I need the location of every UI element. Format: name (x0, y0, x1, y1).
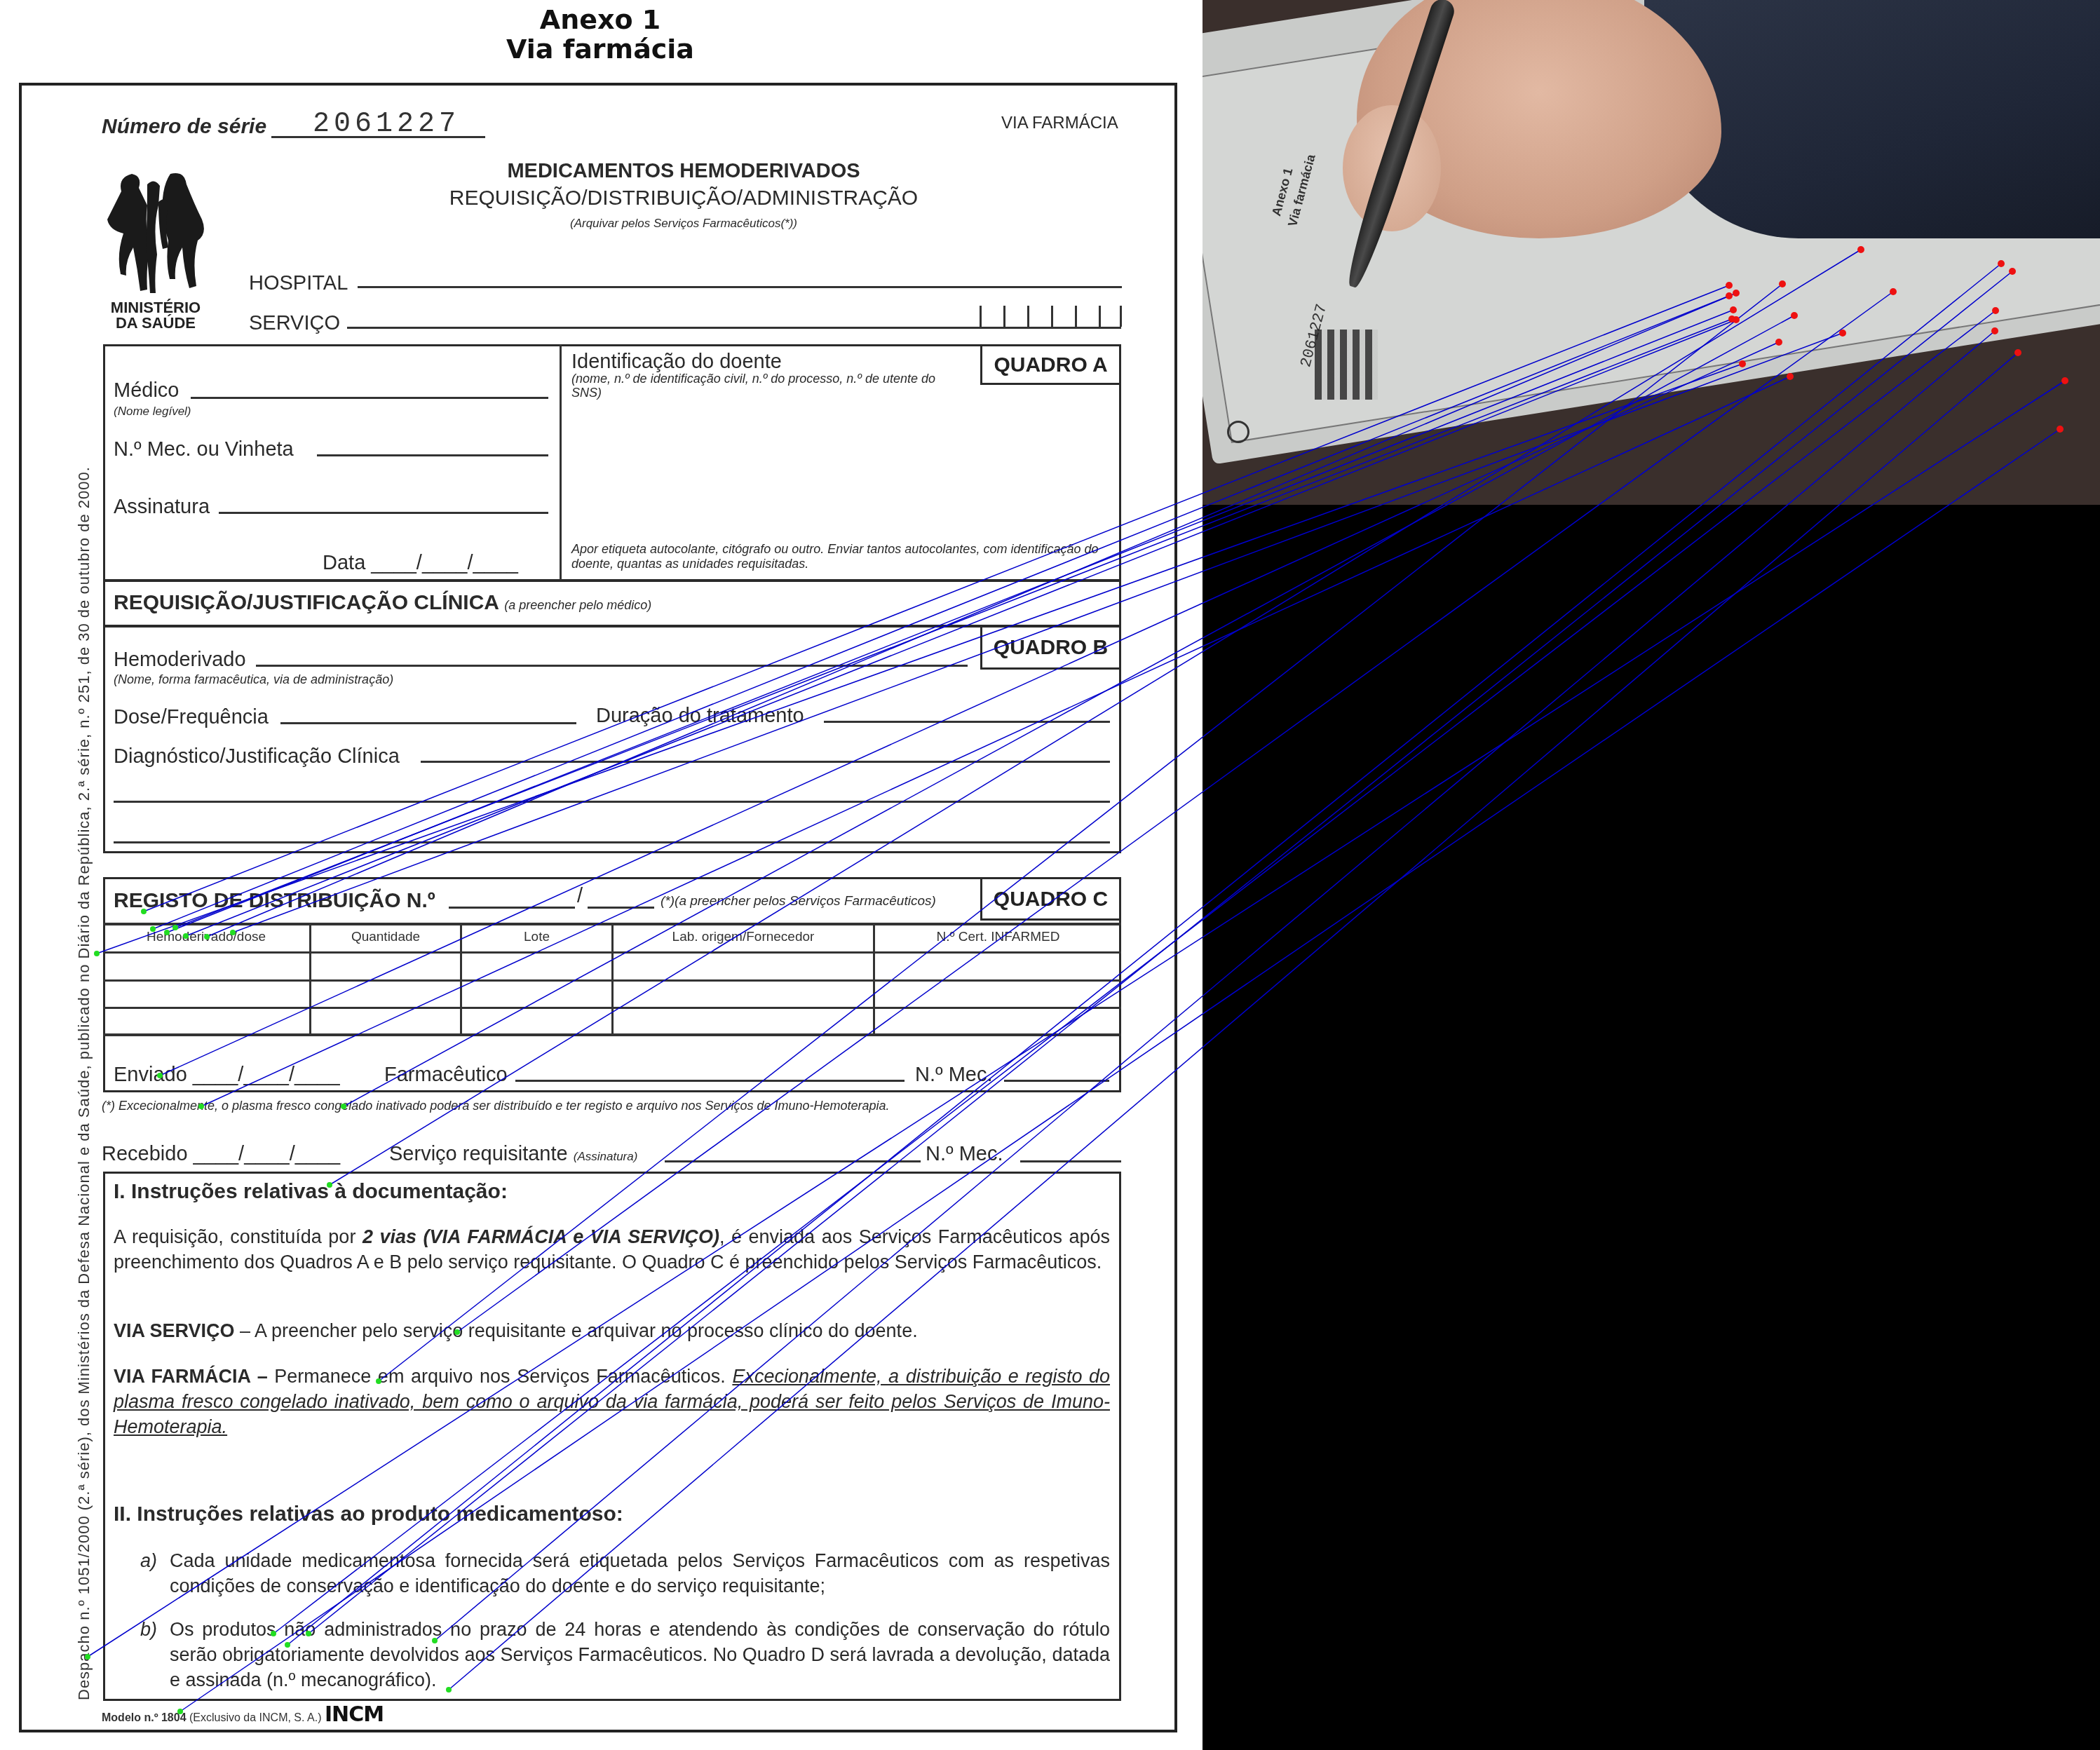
col-hemoderivado: Hemoderivado/dose (103, 924, 311, 952)
p1-text-a: A requisição, constituída por (114, 1226, 363, 1247)
enviado-nmec-field[interactable] (1004, 1080, 1109, 1082)
incm-logo-icon: INCM (325, 1702, 384, 1727)
sticker-note: Apor etiqueta autocolante, citógrafo ou … (571, 542, 1111, 571)
table-cell[interactable] (461, 952, 613, 980)
table-cell[interactable] (103, 952, 311, 980)
modelo-footer: Modelo n.º 1804 (Exclusivo da INCM, S. A… (102, 1702, 384, 1727)
recebido-nmec-label: N.º Mec. (926, 1143, 1003, 1166)
table-cell[interactable] (874, 980, 1122, 1008)
servico-label: SERVIÇO (249, 312, 340, 335)
table-cell[interactable] (311, 980, 461, 1008)
modelo-number: Modelo n.º 1804 (102, 1712, 187, 1724)
table-cell[interactable] (874, 1008, 1122, 1035)
medico-label: Médico (114, 379, 179, 402)
ministry-name: MINISTÉRIO DA SAÚDE (102, 300, 209, 331)
registo-year-field[interactable] (588, 907, 654, 909)
dose-field[interactable] (280, 722, 576, 724)
table-cell[interactable] (103, 980, 311, 1008)
via-farmacia-label: VIA FARMÁCIA (1001, 114, 1118, 133)
mec-field[interactable] (317, 454, 548, 456)
hemoderivado-field[interactable] (256, 665, 968, 667)
doente-hint: (nome, n.º de identificação civil, n.º d… (571, 372, 936, 400)
col-cert-infarmed: N.º Cert. INFARMED (874, 924, 1122, 952)
table-row (103, 952, 1121, 980)
duracao-label: Duração do tratamento (596, 705, 804, 728)
p3-text: Permanece em arquivo nos Serviços Farmac… (268, 1366, 733, 1387)
table-cell[interactable] (613, 980, 874, 1008)
requisicao-title-text: REQUISIÇÃO/JUSTIFICAÇÃO CLÍNICA (114, 591, 499, 614)
registo-number-field[interactable] (449, 907, 575, 909)
farmaceutico-field[interactable] (515, 1080, 905, 1082)
diagnostico-field-2[interactable] (114, 801, 1110, 803)
item-b-label: b) (140, 1617, 168, 1642)
recebido-field[interactable]: Recebido ____/____/____ (102, 1143, 340, 1166)
doente-title: Identificação do doente (571, 351, 782, 374)
p2-text: – A preencher pelo serviço requisitante … (235, 1320, 918, 1341)
enviado-nmec-label: N.º Mec. (915, 1064, 993, 1087)
table-cell[interactable] (874, 952, 1122, 980)
instructions-p1: A requisição, constituída por 2 vias (VI… (114, 1224, 1110, 1275)
table-row (103, 1008, 1121, 1035)
instructions-section2-title: II. Instruções relativas ao produto medi… (114, 1503, 623, 1526)
footnote: (*) Excecionalmente, o plasma fresco con… (102, 1099, 890, 1113)
modelo-note: (Exclusivo da INCM, S. A.) (189, 1712, 322, 1724)
diagnostico-field-3[interactable] (114, 841, 1110, 843)
table-cell[interactable] (311, 1008, 461, 1035)
mini-logo-icon (1315, 330, 1378, 400)
p3-bold: VIA FARMÁCIA – (114, 1366, 268, 1387)
medico-field[interactable] (191, 397, 548, 399)
distribution-table: Hemoderivado/dose Quantidade Lote Lab. o… (103, 924, 1121, 1036)
duracao-field[interactable] (824, 721, 1110, 723)
hemoderivado-hint: (Nome, forma farmacêutica, via de admini… (114, 672, 393, 687)
ministry-line2: DA SAÚDE (102, 316, 209, 331)
tablet-photo: Anexo 1 Via farmácia 2061227 (1203, 0, 2100, 505)
table-cell[interactable] (461, 980, 613, 1008)
p2-bold: VIA SERVIÇO (114, 1320, 235, 1341)
servico-requisitante-field[interactable] (665, 1160, 921, 1162)
registo-separator: / (577, 885, 583, 908)
form-title: MEDICAMENTOS HEMODERIVADOS (421, 160, 947, 183)
farmaceutico-label: Farmacêutico (384, 1064, 508, 1087)
tablet-button-icon (1227, 421, 1249, 443)
diagnostico-field[interactable] (421, 761, 1110, 763)
ministry-line1: MINISTÉRIO (102, 300, 209, 316)
table-row (103, 980, 1121, 1008)
item-a-label: a) (140, 1548, 168, 1573)
recebido-nmec-field[interactable] (1020, 1160, 1121, 1162)
servico-requisitante-label: Serviço requisitante (Assinatura) (389, 1143, 637, 1166)
enviado-field[interactable]: Enviado ____/____/____ (114, 1064, 340, 1087)
medico-hint: (Nome legível) (114, 405, 191, 419)
data-field[interactable]: Data ____/____/____ (323, 552, 518, 575)
hemoderivado-label: Hemoderivado (114, 649, 246, 672)
registo-hint: (*)(a preencher pelos Serviços Farmacêut… (661, 894, 936, 909)
annex-title: Anexo 1 (0, 4, 1200, 35)
legal-side-text: Despacho n.º 1051/2000 (2.ª série), dos … (75, 466, 93, 1700)
quadro-a-label: QUADRO A (980, 344, 1121, 385)
quadro-b (103, 625, 1121, 853)
instructions-section1-title: I. Instruções relativas à documentação: (114, 1180, 508, 1204)
ministerio-saude-logo-icon (104, 163, 209, 300)
registo-title: REGISTO DE DISTRIBUIÇÃO N.º (114, 889, 435, 913)
col-lote: Lote (461, 924, 613, 952)
empty-black-area (1203, 505, 2100, 1750)
quadro-b-label: QUADRO B (980, 625, 1121, 670)
instructions-p2: VIA SERVIÇO – A preencher pelo serviço r… (114, 1318, 1110, 1343)
requisicao-title: REQUISIÇÃO/JUSTIFICAÇÃO CLÍNICA (a preen… (114, 591, 651, 615)
item-b-text: Os produtos não administrados no prazo d… (170, 1617, 1110, 1693)
servico-requisitante-text: Serviço requisitante (389, 1143, 568, 1165)
servico-field[interactable] (347, 327, 1121, 329)
patient-label-area[interactable] (571, 400, 1111, 540)
item-a-text: Cada unidade medicamentosa fornecida ser… (170, 1548, 1110, 1599)
table-cell[interactable] (311, 952, 461, 980)
assinatura-hint: (Assinatura) (574, 1150, 638, 1163)
col-lab-origem: Lab. origem/Fornecedor (613, 924, 874, 952)
assinatura-field[interactable] (219, 512, 548, 514)
form-subtitle: REQUISIÇÃO/DISTRIBUIÇÃO/ADMINISTRAÇÃO (407, 186, 961, 210)
copy-subtitle: Via farmácia (0, 34, 1200, 65)
table-cell[interactable] (103, 1008, 311, 1035)
hospital-label: HOSPITAL (249, 272, 348, 295)
hospital-field[interactable] (358, 286, 1122, 288)
archive-note: (Arquivar pelos Serviços Farmacêuticos(*… (421, 217, 947, 231)
diagnostico-label: Diagnóstico/Justificação Clínica (114, 745, 400, 768)
col-quantidade: Quantidade (311, 924, 461, 952)
serial-number[interactable]: 2061227 (313, 109, 460, 140)
p1-bold: 2 vias (VIA FARMÁCIA e VIA SERVIÇO) (363, 1226, 719, 1247)
instructions-p3: VIA FARMÁCIA – Permanece em arquivo nos … (114, 1364, 1110, 1439)
dose-label: Dose/Frequência (114, 706, 269, 729)
quadro-c-label: QUADRO C (980, 877, 1121, 921)
mec-label: N.º Mec. ou Vinheta (114, 438, 294, 461)
table-cell[interactable] (613, 1008, 874, 1035)
serial-label: Número de série (102, 115, 266, 139)
table-cell[interactable] (461, 1008, 613, 1035)
table-cell[interactable] (613, 952, 874, 980)
requisicao-hint: (a preencher pelo médico) (504, 598, 651, 612)
assinatura-label: Assinatura (114, 496, 210, 519)
